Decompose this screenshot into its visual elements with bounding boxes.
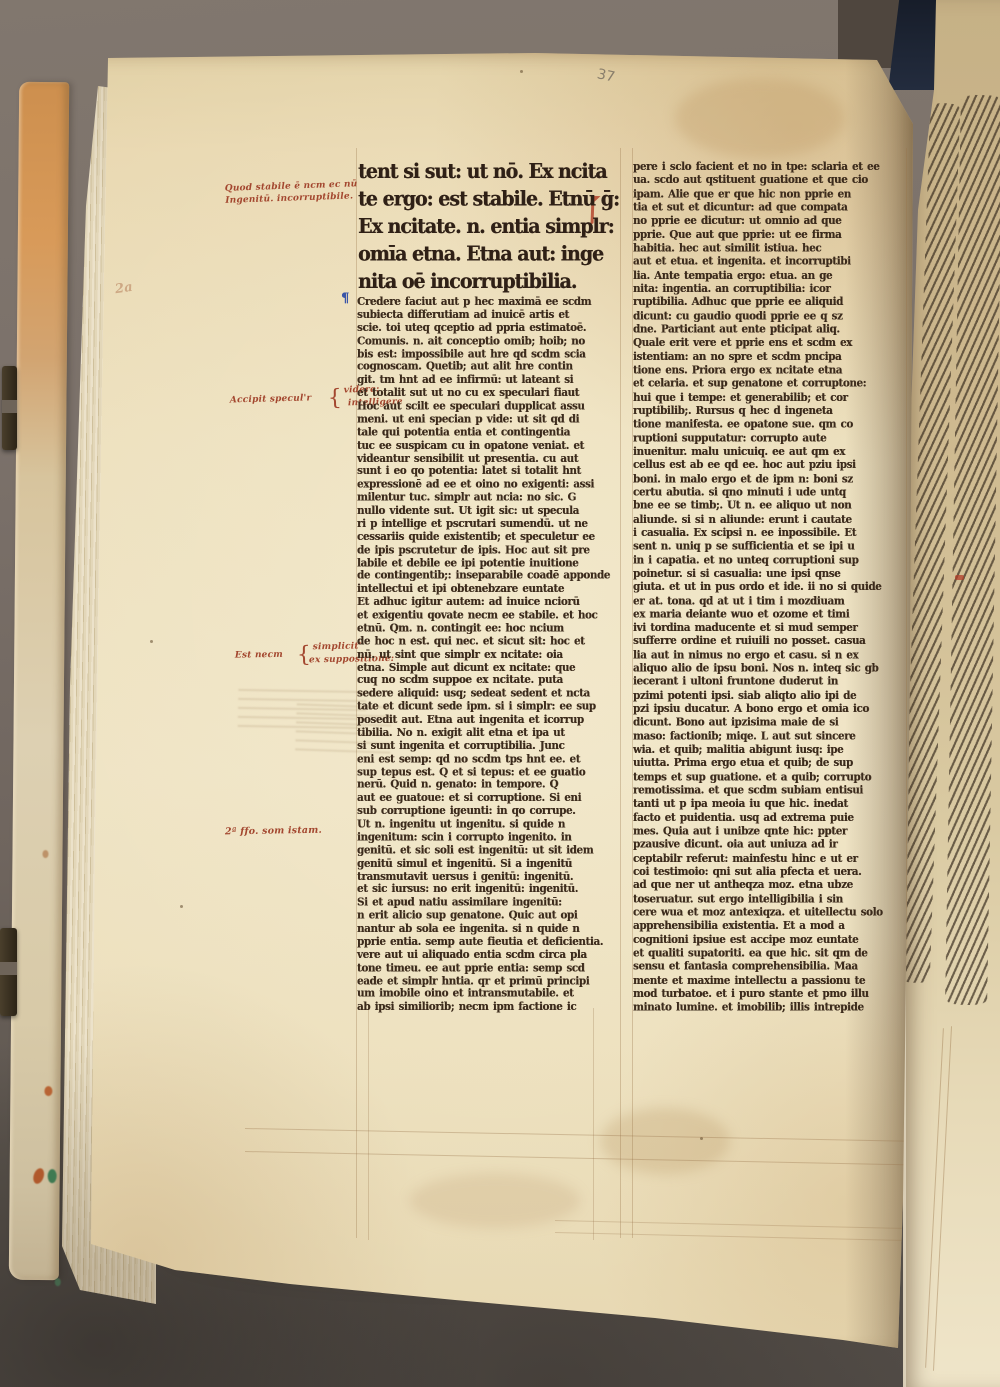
clasp-gap <box>0 962 17 975</box>
clasp-remnant <box>2 366 17 450</box>
fly-speck <box>150 640 153 643</box>
text-column-right: pere i sclo facient et no in tpe: sclari… <box>633 160 909 1014</box>
capitulum-icon: ¶ <box>341 291 349 306</box>
text-column-left: Credere faciut aut p hec maximā ee scdm … <box>357 296 625 1014</box>
verdigris-stain <box>48 1169 57 1183</box>
lemma-display-text: tent si sut: ut nō. Ex ncita te ergo: es… <box>358 158 624 296</box>
verdigris-stain <box>55 1278 61 1286</box>
fly-speck <box>520 70 523 73</box>
fly-speck <box>180 905 183 908</box>
parchment-stain <box>675 78 845 158</box>
brace-icon: { <box>328 388 343 410</box>
ruling-line <box>245 1128 910 1142</box>
ruling-line <box>245 1151 910 1165</box>
facing-page-ruling-line <box>933 1026 952 1371</box>
leather-stain <box>31 1167 46 1185</box>
faded-margin-mark: 2a <box>114 280 134 297</box>
facing-page-edge <box>903 0 1000 1387</box>
pencil-folio-number: 37 <box>596 66 617 85</box>
margin-note-option: simplicit' <box>313 641 362 652</box>
ruling-line <box>593 1008 594 1240</box>
facing-page-rubric-mark <box>955 575 964 580</box>
margin-note-label: Est necm <box>235 650 283 661</box>
manuscript-photo: 37 2a Quod stabile ē ncm ec nū Ingenitū.… <box>0 0 1000 1387</box>
clasp-gap <box>2 400 17 413</box>
clasp-remnant <box>0 928 17 1016</box>
manuscript-page: 37 2a Quod stabile ē ncm ec nū Ingenitū.… <box>55 48 915 1364</box>
ruling-line <box>368 1008 369 1240</box>
leather-stain <box>44 1086 52 1096</box>
cover-board-edge <box>9 82 69 1280</box>
margin-note-label: Accipit specul'r <box>230 393 312 405</box>
leather-stain <box>42 850 48 858</box>
